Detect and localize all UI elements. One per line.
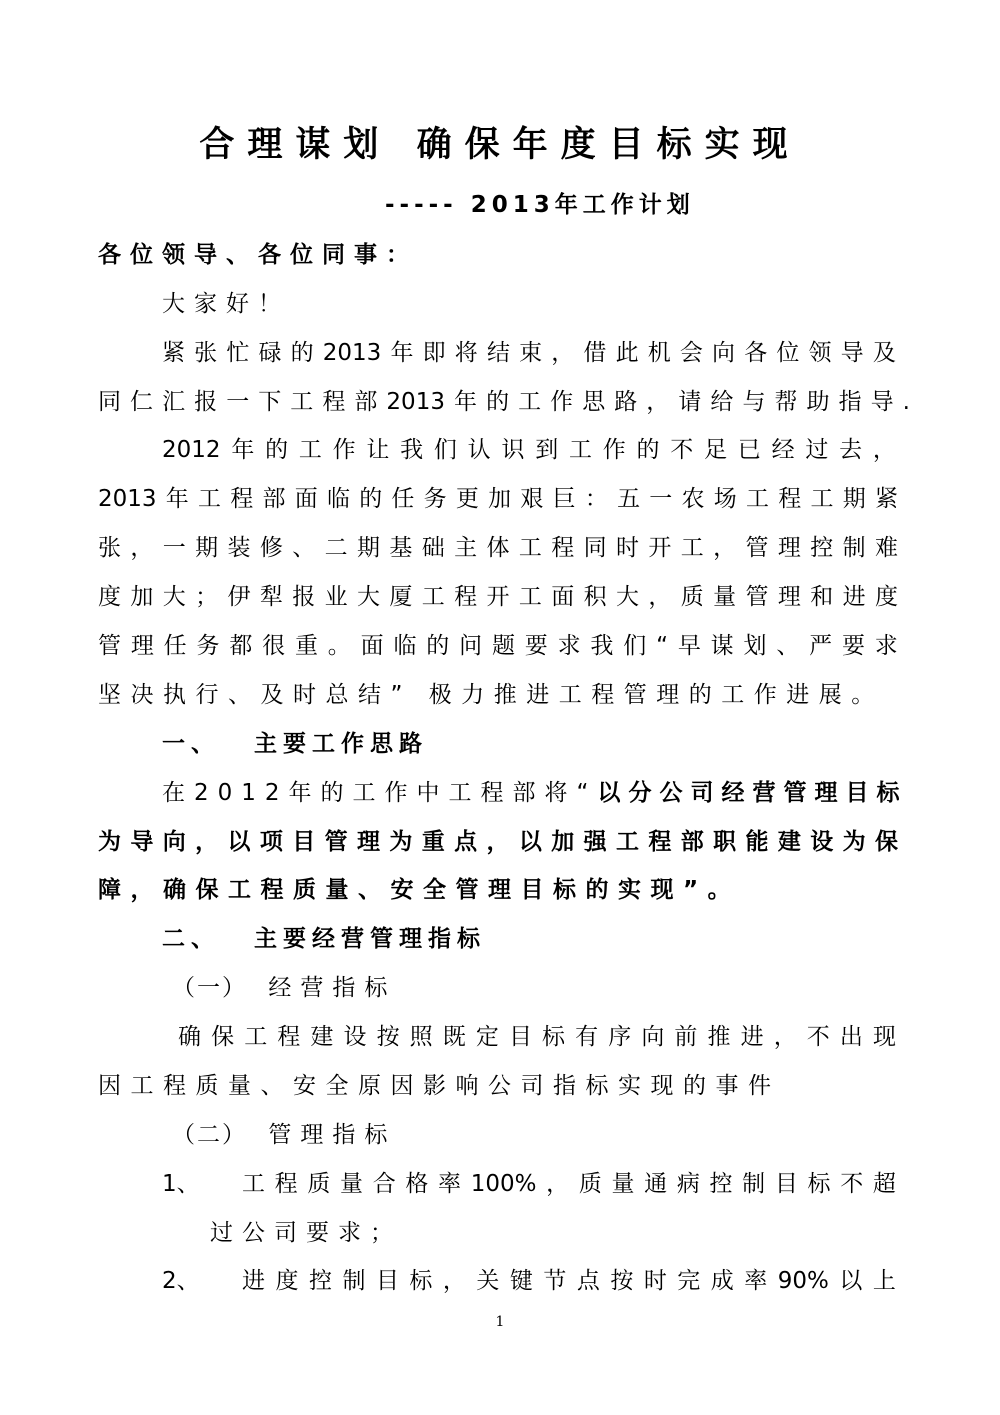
paragraph-line: 管理任务都很重。面临的问题要求我们“早谋划、严要求 bbox=[98, 631, 898, 661]
paragraph-line: 紧张忙碌的2013年即将结束，借此机会向各位领导及 bbox=[162, 338, 896, 368]
paragraph-line: 同仁汇报一下工程部2013年的工作思路，请给与帮助指导. bbox=[98, 387, 910, 417]
paragraph-line: 为导向，以项目管理为重点，以加强工程部职能建设为保 bbox=[98, 827, 898, 857]
section-title: 主要经营管理指标 bbox=[254, 926, 486, 952]
paragraph-line: 确保工程建设按照既定目标有序向前推进，不出现 bbox=[178, 1022, 896, 1052]
section-title: 主要工作思路 bbox=[254, 731, 428, 757]
subsection-heading-1: （一） 经营指标 bbox=[172, 973, 972, 1003]
document-title: 合理谋划 确保年度目标实现 bbox=[0, 122, 1000, 168]
list-text: 进度控制目标，关键节点按时完成率90%以上 bbox=[242, 1266, 896, 1296]
section-number: 一、 bbox=[162, 731, 220, 757]
section-number: 二、 bbox=[162, 926, 220, 952]
section-heading-1: 一、 主要工作思路 bbox=[162, 729, 962, 759]
text-normal: 在2012年的工作中工程部将“ bbox=[162, 778, 597, 808]
list-number: 2、 bbox=[162, 1266, 200, 1296]
paragraph-line: 2013年工程部面临的任务更加艰巨：五一农场工程工期紧 bbox=[98, 484, 898, 514]
greeting: 大家好！ bbox=[162, 289, 962, 319]
paragraph-line: 度加大；伊犁报业大厦工程开工面积大，质量管理和进度 bbox=[98, 582, 898, 612]
subsection-title: 管理指标 bbox=[268, 1122, 396, 1148]
section-heading-2: 二、 主要经营管理指标 bbox=[162, 924, 962, 954]
salutation: 各位领导、各位同事： bbox=[98, 240, 898, 270]
subsection-title: 经营指标 bbox=[268, 975, 396, 1001]
paragraph-line: 因工程质量、安全原因影响公司指标实现的事件 bbox=[98, 1071, 898, 1101]
list-item-1-continued: 过公司要求； bbox=[210, 1218, 1000, 1248]
subsection-number: （二） bbox=[172, 1122, 247, 1148]
text-bold: 以分公司经营管理目标 bbox=[597, 778, 907, 808]
paragraph-line: 障，确保工程质量、安全管理目标的实现”。 bbox=[98, 875, 898, 905]
subsection-heading-2: （二） 管理指标 bbox=[172, 1120, 972, 1150]
subsection-number: （一） bbox=[172, 975, 247, 1001]
paragraph-line: 2012年的工作让我们认识到工作的不足已经过去， bbox=[162, 435, 896, 465]
document-page: 合理谋划 确保年度目标实现 ----- 2013年工作计划 各位领导、各位同事：… bbox=[0, 0, 1000, 1415]
list-number: 1、 bbox=[162, 1169, 200, 1199]
paragraph-line: 张，一期装修、二期基础主体工程同时开工，管理控制难 bbox=[98, 533, 898, 563]
page-number: 1 bbox=[0, 1314, 1000, 1330]
list-text: 工程质量合格率100%，质量通病控制目标不超 bbox=[242, 1169, 896, 1199]
paragraph-line: 坚决执行、及时总结” 极力推进工程管理的工作进展。 bbox=[98, 680, 898, 710]
document-subtitle: ----- 2013年工作计划 bbox=[385, 190, 695, 220]
paragraph-line: 在2012年的工作中工程部将“ 以分公司经营管理目标 bbox=[162, 778, 896, 808]
